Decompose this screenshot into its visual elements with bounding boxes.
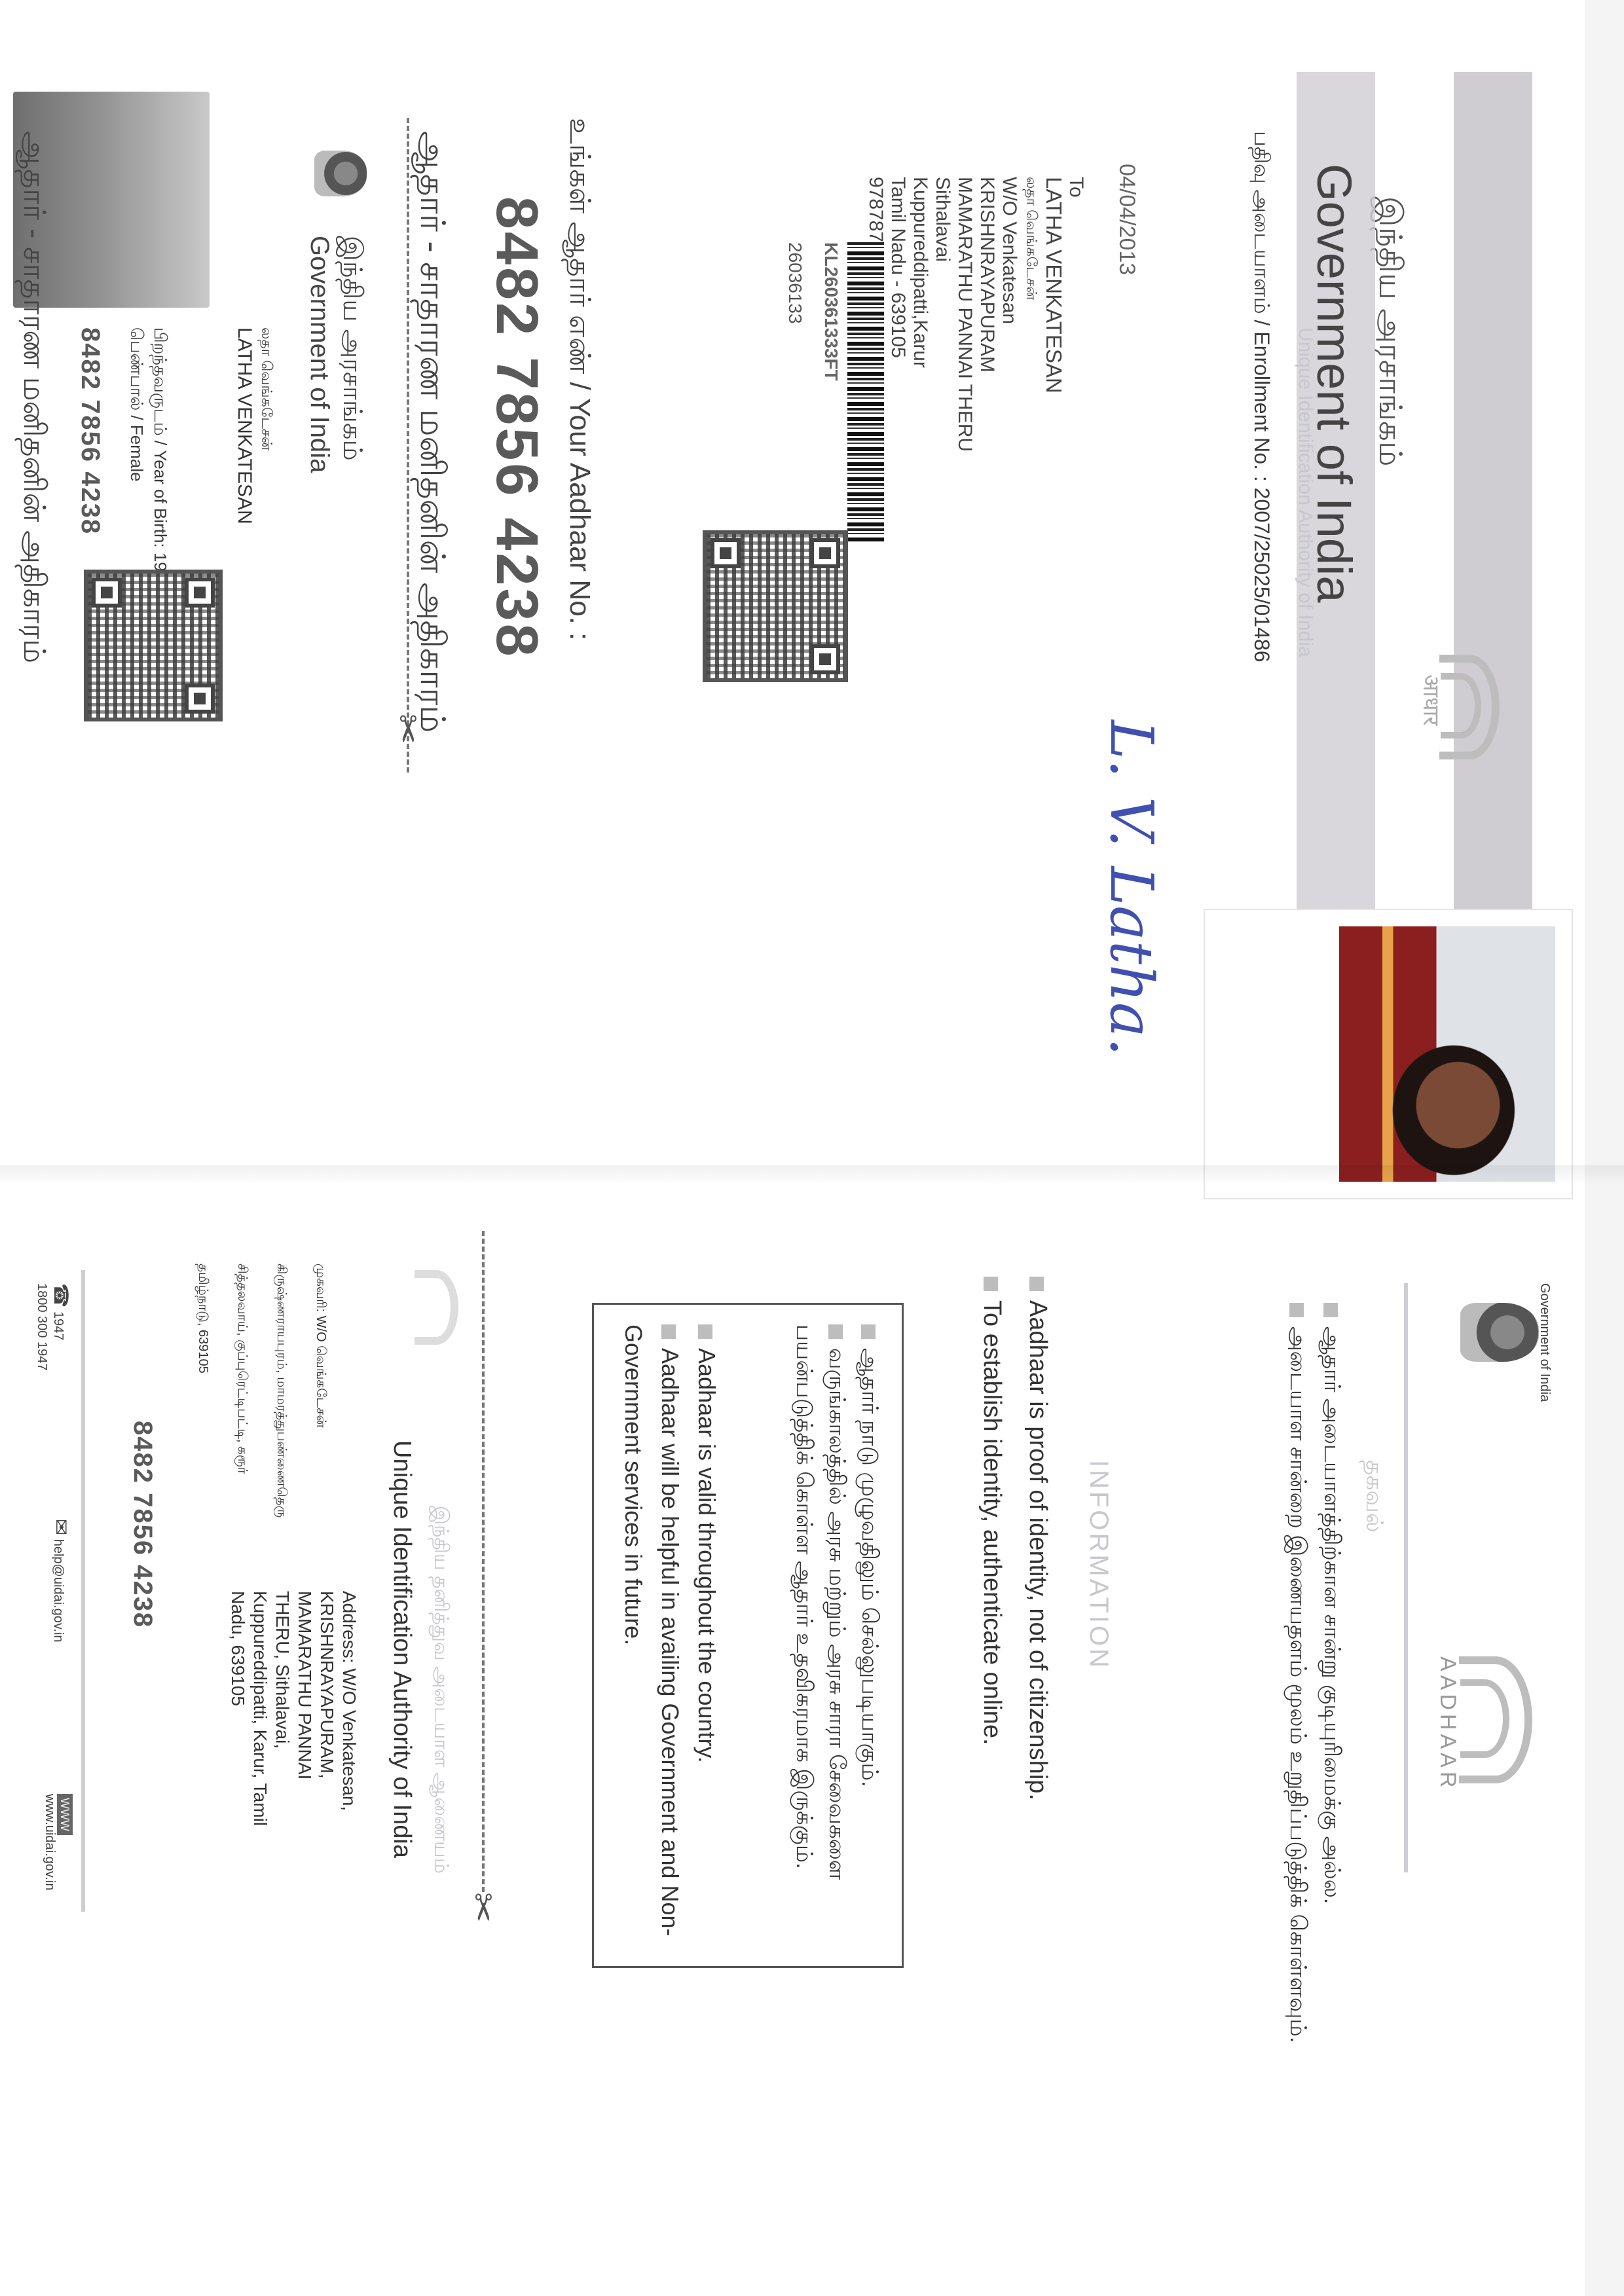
barcode-text: KL260361333FT xyxy=(821,242,841,381)
info-points: Aadhaar is proof of identity, not of cit… xyxy=(969,1277,1061,1800)
address-line: KRISHNRAYAPURAM xyxy=(976,177,998,452)
passport-photo-frame xyxy=(1205,910,1572,1198)
passport-photo xyxy=(1339,926,1555,1182)
enrolment-label: Enrollment No. : xyxy=(1250,331,1274,481)
info-tamil-point: ஆதார் அடையாளத்திற்கான சான்று குடியுரிமைக… xyxy=(1315,1303,1349,2043)
info-tamil-point: அடையாள சான்றை இணையதளம் மூலம் உறுதிப்படுத… xyxy=(1281,1303,1315,2043)
card-title: Government of India xyxy=(304,236,334,473)
authority-tamil: இந்திய தனித்துவ அடையாள ஆணையம் xyxy=(427,1506,452,1874)
box-point: Aadhaar will be helpful in availing Gove… xyxy=(615,1324,688,1946)
fold-line xyxy=(0,1165,1624,1185)
aadhaar-label: / Your Aadhaar No. : xyxy=(564,382,596,641)
card-tagline: ஆதார் - சாதாரண மனிதனின் அதிகாரம் xyxy=(12,131,52,663)
letter-date: 04/04/2013 xyxy=(1114,164,1139,275)
qr-code xyxy=(703,530,848,682)
aadhaar-letter-scan: आधार இந்திய அரசாங்கம் Government of Indi… xyxy=(0,0,1624,2296)
address-line: W/O Venkatesan xyxy=(998,177,1020,452)
card-qr-code xyxy=(84,570,223,721)
info-heading: INFORMATION xyxy=(1084,1460,1113,1670)
aadhaar-number: 8482 7856 4238 xyxy=(483,196,550,659)
box-tamil-point: வருங்காலத்தில் அரசு மற்றும் அரசு சாரா சே… xyxy=(788,1324,853,1927)
info-box: ஆதார் நாடு முழுவதிலும் செல்லுபடியாகும். … xyxy=(592,1303,904,1968)
card-back-footer: ☎ 1947 1800 300 1947 ✉ help@uidai.gov.in… xyxy=(13,1283,72,1912)
box-tamil-point: ஆதார் நாடு முழுவதிலும் செல்லுபடியாகும். xyxy=(853,1324,886,1927)
info-heading-tamil: தகவல் xyxy=(1357,1460,1388,1533)
card-name: LATHA VENKATESAN xyxy=(233,327,255,524)
address-line: Kuppureddipatti,Karur xyxy=(909,177,931,452)
emblem-caption: Government of India xyxy=(1537,1283,1552,1402)
national-emblem-icon xyxy=(314,151,367,196)
cut-line xyxy=(482,1231,485,1892)
signature: L. V. Latha. xyxy=(1097,720,1166,1056)
authority-name: Unique Identification Authority of India xyxy=(388,1440,416,1858)
enrolment-value: 2007/25025/01486 xyxy=(1250,488,1274,663)
phone-icon: ☎ xyxy=(50,1283,71,1307)
address-block: To LATHA VENKATESAN லதா வெங்கடேசன் W/O V… xyxy=(864,177,1087,452)
address-name: LATHA VENKATESAN xyxy=(1043,177,1065,452)
enrolment-row: பதிவு அடையாளம் / Enrollment No. : 2007/2… xyxy=(1247,131,1274,663)
enrolment-label-tamil: பதிவு அடையாளம் xyxy=(1250,131,1274,314)
email: ✉ help@uidai.gov.in xyxy=(49,1519,72,1643)
info-point: Aadhaar is proof of identity, not of cit… xyxy=(1015,1277,1061,1800)
box-tamil: ஆதார் நாடு முழுவதிலும் செல்லுபடியாகும். … xyxy=(788,1324,886,1927)
mail-icon: ✉ xyxy=(50,1519,71,1535)
card-back-address-tamil: முகவரி: W/O வெங்கடேசன் கிருஷ்ணராயபுரம், … xyxy=(183,1264,341,1518)
card-back-aadhaar-number: 8482 7856 4238 xyxy=(128,1421,157,1628)
aadhaar-logo xyxy=(399,1270,458,1349)
national-emblem-icon xyxy=(1460,1303,1539,1362)
helpline: ☎ 1947 1800 300 1947 xyxy=(34,1283,72,1370)
web-icon: WWW xyxy=(57,1794,73,1835)
card-back-address: Address: W/O Venkatesan, KRISHNRAYAPURAM… xyxy=(227,1591,360,1826)
reference-number: 26036133 xyxy=(784,242,805,324)
address-line: Tamil Nadu - 639105 xyxy=(887,177,909,452)
card-name-tamil: லதா வெங்கடேசன் xyxy=(256,327,275,450)
card-yob: பிறந்தவருடம் / Year of Birth: 1985 xyxy=(148,327,170,591)
header-watermark: Unique Identification Authority of India xyxy=(1294,327,1316,657)
divider xyxy=(81,1270,85,1912)
aadhaar-number-label: உங்கள் ஆதார் எண் / Your Aadhaar No. : xyxy=(559,118,596,640)
address-to: To xyxy=(1065,177,1087,452)
aadhaar-label-tamil: உங்கள் ஆதார் எண் xyxy=(564,118,596,374)
card-gender: பெண்பால் / Female xyxy=(124,327,147,482)
box-points: Aadhaar is valid throughout the country.… xyxy=(615,1324,725,1946)
scan-edge xyxy=(1585,0,1624,2296)
barcode xyxy=(847,242,884,543)
address-line: Sithalavai xyxy=(931,177,953,452)
address-name-tamil: லதா வெங்கடேசன் xyxy=(1020,177,1043,452)
info-point: To establish identity, authenticate onli… xyxy=(969,1277,1015,1800)
cut-line xyxy=(407,118,409,773)
scissors-icon: ✂ xyxy=(464,1892,501,1923)
letter-tagline: ஆதார் - சாதாரண மனிதனின் அதிகாரம் xyxy=(408,131,452,733)
scissors-icon: ✂ xyxy=(389,714,426,744)
card-aadhaar-number: 8482 7856 4238 xyxy=(75,327,105,535)
info-tamil-points: ஆதார் அடையாளத்திற்கான சான்று குடியுரிமைக… xyxy=(1281,1303,1349,2043)
divider xyxy=(1404,1283,1408,1872)
yob-label: பிறந்தவருடம் / Year of Birth xyxy=(151,327,170,543)
box-point: Aadhaar is valid throughout the country. xyxy=(688,1324,725,1946)
aadhaar-logo: आधार xyxy=(1428,655,1500,759)
address-line: MAMARATHU PANNAI THERU xyxy=(953,177,976,452)
card-tamil-title: இந்திய அரசாங்கம் xyxy=(334,236,367,461)
aadhaar-logo: AADHAAR xyxy=(1421,1656,1532,1787)
website: WWW www.uidai.gov.in xyxy=(42,1794,72,1912)
